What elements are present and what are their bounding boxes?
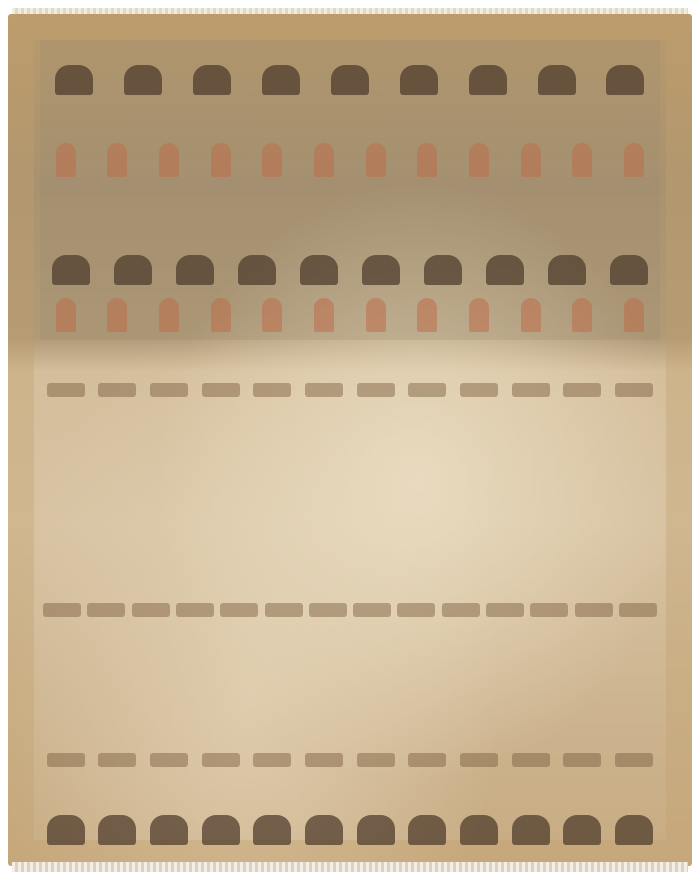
rug-motif <box>615 383 653 397</box>
rug-motif <box>486 603 524 617</box>
rug-motif <box>314 298 334 332</box>
rug-motif <box>43 603 81 617</box>
rug-motif <box>362 255 400 285</box>
rug-motif <box>87 603 125 617</box>
rug-motif <box>202 753 240 767</box>
rug-motif <box>305 383 343 397</box>
rug-motif <box>512 753 550 767</box>
rug-motif <box>314 143 334 177</box>
rug-motif <box>572 143 592 177</box>
rug-motif <box>563 815 601 845</box>
rug-motif <box>353 603 391 617</box>
rug-motif <box>253 815 291 845</box>
rug-motif <box>417 143 437 177</box>
rug-motif <box>408 753 446 767</box>
rug-motif <box>460 815 498 845</box>
rug-motif <box>150 815 188 845</box>
rug-motif <box>469 65 507 95</box>
rug-motif <box>300 255 338 285</box>
rug-motif <box>530 603 568 617</box>
rug-motif <box>521 143 541 177</box>
rug-motif <box>220 603 258 617</box>
rug-motif <box>98 753 136 767</box>
rug-motif <box>176 255 214 285</box>
rug-motif <box>262 143 282 177</box>
rug-motif <box>563 383 601 397</box>
rug-motif <box>331 65 369 95</box>
rug-motif <box>572 298 592 332</box>
rug-motif <box>211 143 231 177</box>
motif-row <box>40 140 660 180</box>
rug-motif <box>366 298 386 332</box>
rug-motif <box>98 383 136 397</box>
rug-motif <box>98 815 136 845</box>
rug-motif <box>357 383 395 397</box>
rug-motif <box>305 753 343 767</box>
motif-row <box>40 295 660 335</box>
motif-row <box>40 590 660 630</box>
rug-motif <box>193 65 231 95</box>
rug-motif <box>47 383 85 397</box>
rug-motif <box>47 815 85 845</box>
rug-motif <box>114 255 152 285</box>
rug-motif <box>610 255 648 285</box>
rug-motif <box>238 255 276 285</box>
rug-motif <box>460 383 498 397</box>
rug-motif <box>56 298 76 332</box>
rug-motif <box>366 143 386 177</box>
motif-row <box>40 810 660 850</box>
rug-motif <box>624 143 644 177</box>
rug-motif <box>486 255 524 285</box>
rug-motif <box>124 65 162 95</box>
rug-motif <box>107 143 127 177</box>
rug-motif <box>265 603 303 617</box>
rug-motif <box>357 815 395 845</box>
rug-motif <box>357 753 395 767</box>
rug-motif <box>262 298 282 332</box>
rug-motif <box>563 753 601 767</box>
motif-row <box>40 740 660 780</box>
rug-motif <box>47 753 85 767</box>
rug-motif <box>442 603 480 617</box>
rug-motif <box>615 753 653 767</box>
rug-motif <box>56 143 76 177</box>
bottom-fringe <box>12 862 688 872</box>
rug-motif <box>107 298 127 332</box>
rug-motif <box>408 815 446 845</box>
rug-motif <box>424 255 462 285</box>
rug-motif <box>305 815 343 845</box>
rug-motif <box>159 143 179 177</box>
rug-motif <box>150 383 188 397</box>
motif-row <box>40 60 660 100</box>
rug-motif <box>615 815 653 845</box>
rug-motif <box>521 298 541 332</box>
rug-motif <box>469 298 489 332</box>
rug-motif <box>202 383 240 397</box>
rug-motif <box>309 603 347 617</box>
rug-motif <box>397 603 435 617</box>
rug-motif <box>460 753 498 767</box>
rug-motif <box>619 603 657 617</box>
rug-motif <box>538 65 576 95</box>
rug-motif <box>150 753 188 767</box>
rug-motif <box>408 383 446 397</box>
motif-row <box>40 250 660 290</box>
rug-motif <box>548 255 586 285</box>
rug-motif <box>575 603 613 617</box>
motif-row <box>40 370 660 410</box>
rug-motif <box>176 603 214 617</box>
rug-motif <box>400 65 438 95</box>
rug-motif <box>52 255 90 285</box>
rug-motif <box>606 65 644 95</box>
rug-motif <box>262 65 300 95</box>
rug-motif <box>469 143 489 177</box>
rug-motif <box>132 603 170 617</box>
rug-motif <box>211 298 231 332</box>
rug-motif <box>253 753 291 767</box>
rug-motif <box>512 815 550 845</box>
rug-motif <box>253 383 291 397</box>
rug-motif <box>417 298 437 332</box>
rug-motif <box>624 298 644 332</box>
rug-motif <box>512 383 550 397</box>
rug-motif <box>159 298 179 332</box>
rug-motif <box>202 815 240 845</box>
rug-motif <box>55 65 93 95</box>
